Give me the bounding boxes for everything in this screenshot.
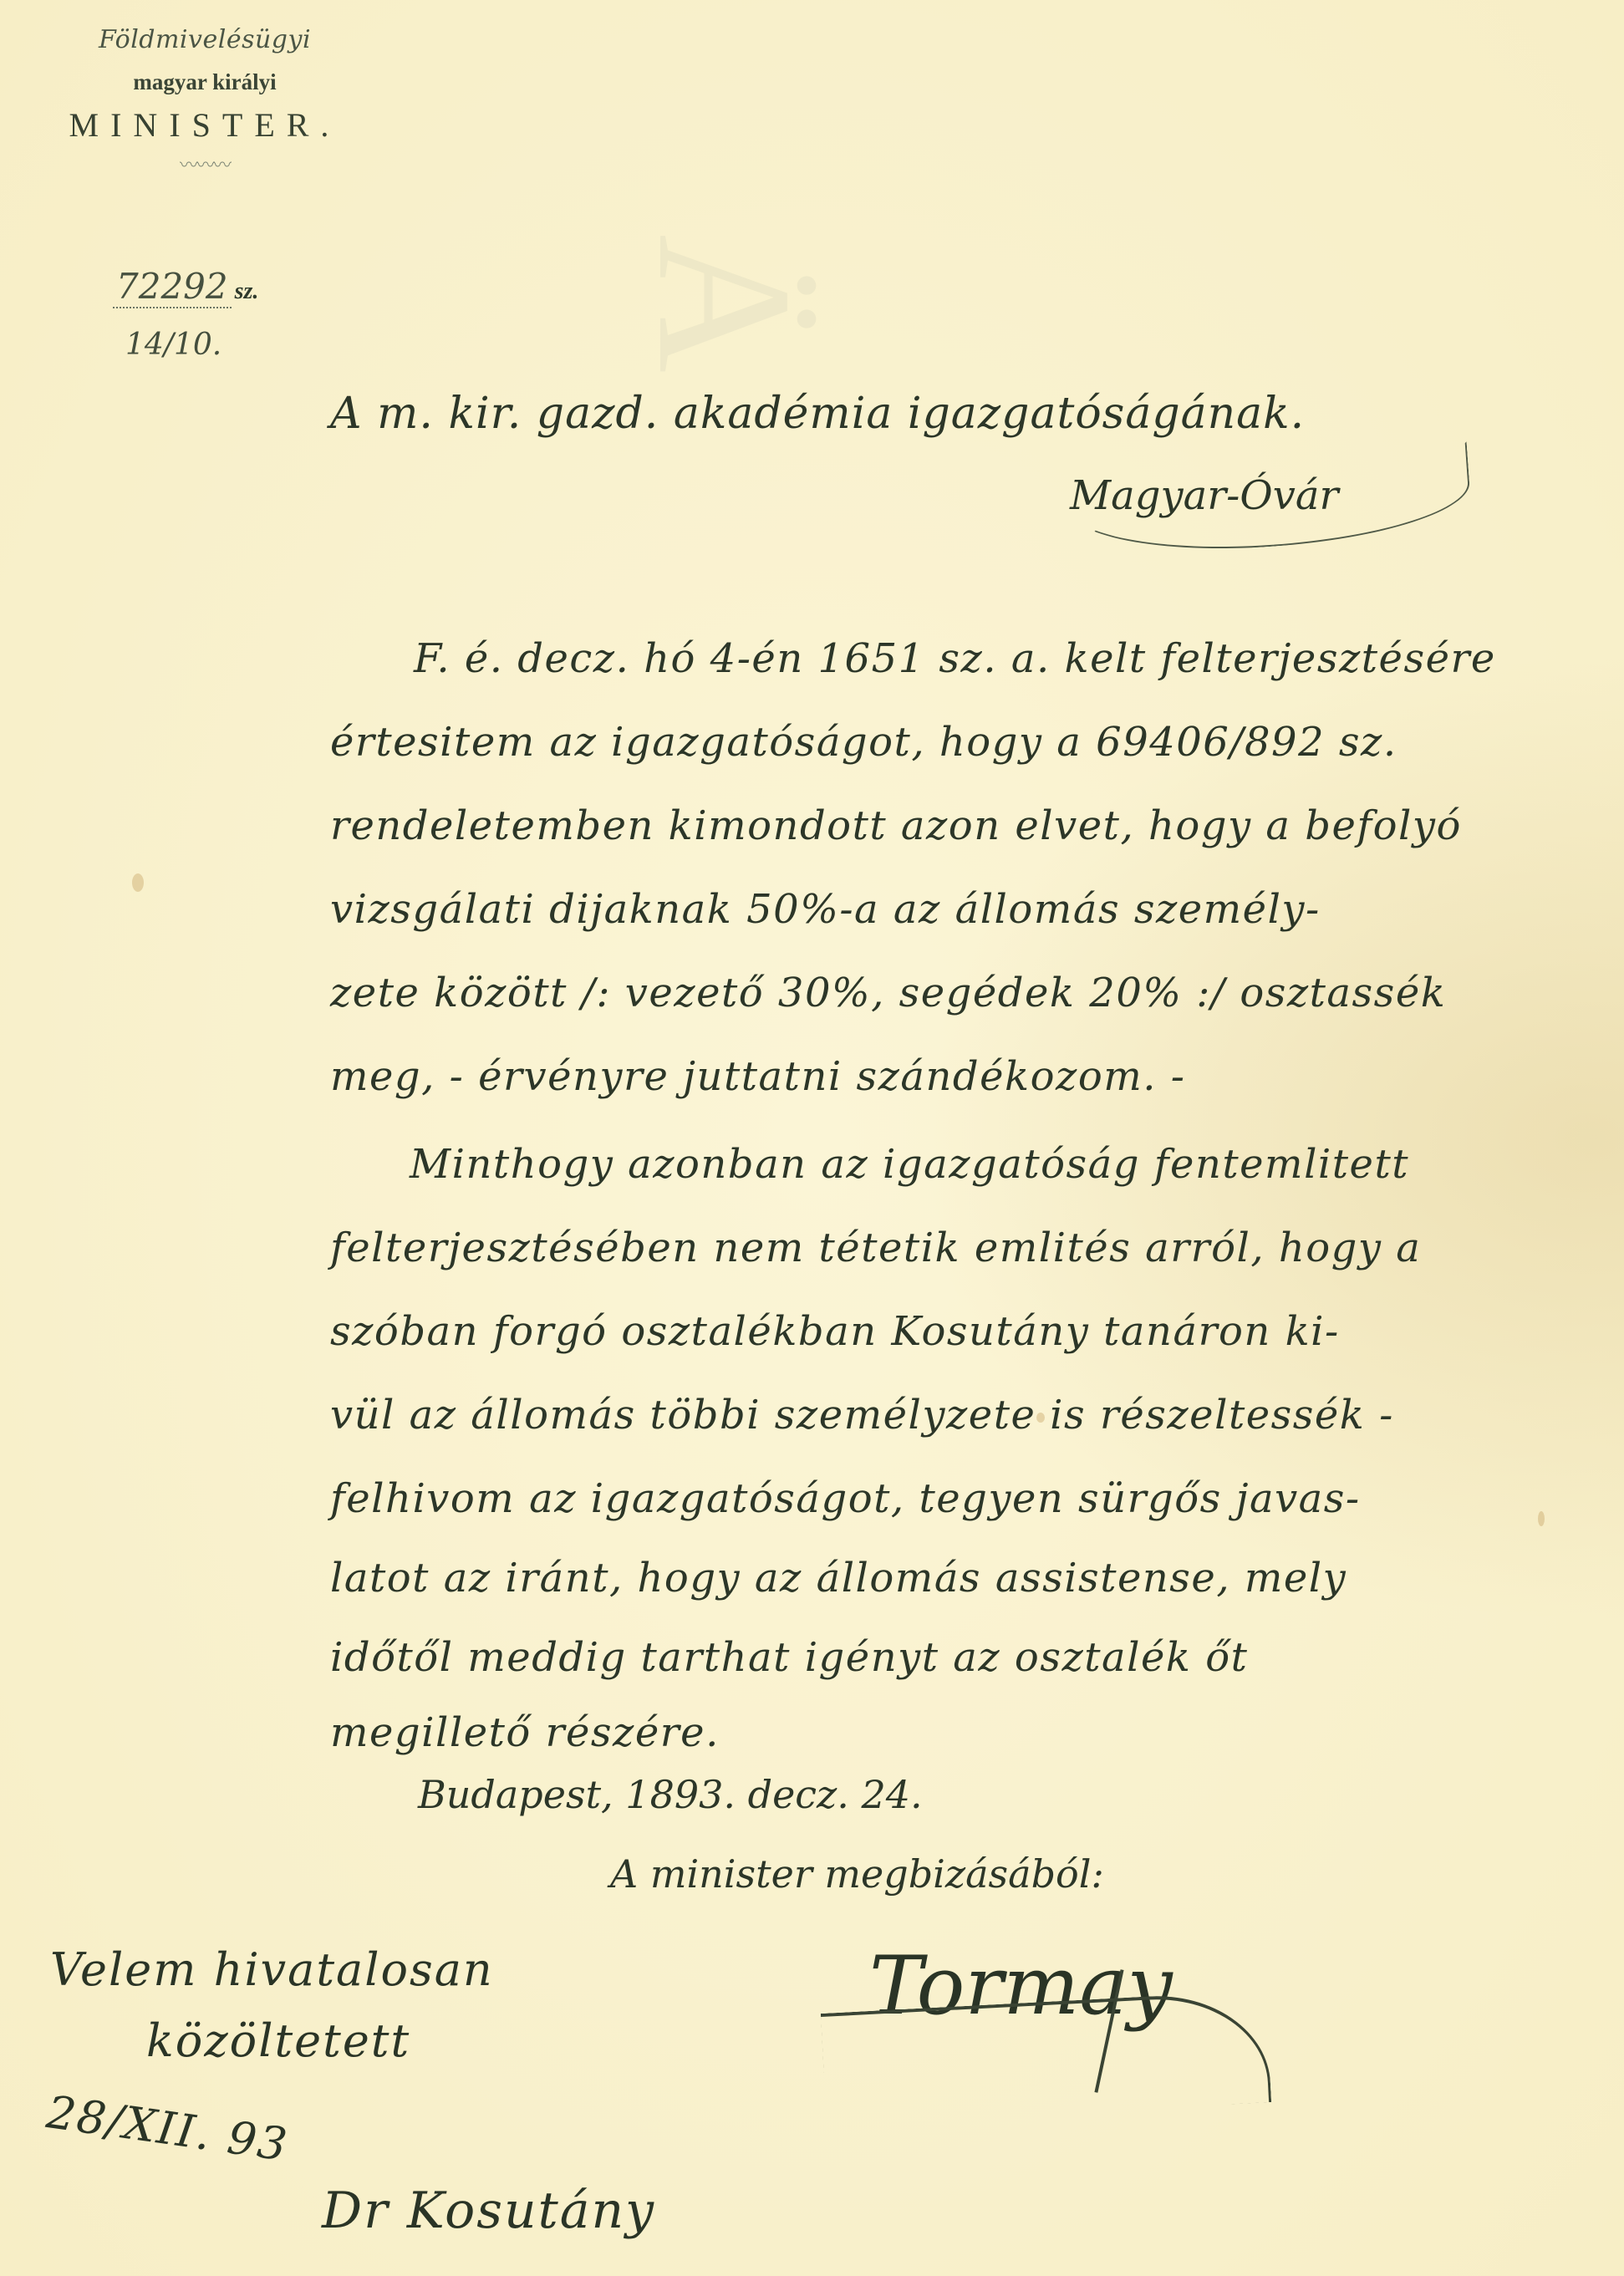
letterhead: Földmivelésügyi magyar királyi MINISTER.… xyxy=(50,25,359,177)
reference-date-note: 14/10. xyxy=(125,328,221,362)
letterhead-title: MINISTER. xyxy=(50,105,359,145)
body-line: Minthogy azonban az igazgatóság fentemli… xyxy=(410,1141,1409,1188)
place-and-date: Budapest, 1893. decz. 24. xyxy=(418,1772,923,1817)
margin-note-line: Velem hivatalosan xyxy=(50,1943,494,1996)
margin-note-line: közöltetett xyxy=(146,2014,410,2067)
body-line: szóban forgó osztalékban Kosutány tanáro… xyxy=(330,1308,1340,1355)
body-line: rendeletemben kimondott azon elvet, hogy… xyxy=(330,802,1462,849)
faint-stamp-watermark: Ä xyxy=(614,234,836,406)
addressee-place: Magyar-Óvár xyxy=(1070,472,1338,519)
paper-stain xyxy=(132,873,144,892)
ministry-script-title: Földmivelésügyi xyxy=(50,25,359,54)
reference-number: 72292sz. xyxy=(113,266,258,307)
body-line: időtől meddig tarthat igényt az osztalék… xyxy=(330,1634,1248,1681)
body-line: zete között /: vezető 30%, segédek 20% :… xyxy=(330,970,1446,1016)
addressee-line: A m. kir. gazd. akadémia igazgatóságának… xyxy=(330,389,1305,439)
ornament-divider-icon: 〰〰〰 xyxy=(50,151,359,177)
letterhead-subtitle: magyar királyi xyxy=(50,69,359,95)
body-line: felhivom az igazgatóságot, tegyen sürgős… xyxy=(330,1475,1361,1522)
body-line: felterjesztésében nem tétetik emlités ar… xyxy=(330,1225,1421,1271)
margin-note-signature: Dr Kosutány xyxy=(322,2182,655,2240)
body-line: latot az iránt, hogy az állomás assisten… xyxy=(330,1555,1347,1601)
signature-flourish xyxy=(821,1990,1271,2126)
paper-stain xyxy=(1538,1511,1545,1526)
body-line: vül az állomás többi személyzete is rész… xyxy=(330,1392,1394,1438)
body-line: meg, - érvényre juttatni szándékozom. - xyxy=(330,1053,1185,1100)
reference-number-value: 72292 xyxy=(113,266,232,308)
body-line: vizsgálati dijaknak 50%-a az állomás sze… xyxy=(330,886,1321,933)
body-line: F. é. decz. hó 4-én 1651 sz. a. kelt fel… xyxy=(414,635,1496,682)
reference-suffix: sz. xyxy=(235,278,259,304)
body-line: megillető részére. xyxy=(330,1709,720,1756)
authority-line: A minister megbizásából: xyxy=(610,1851,1104,1897)
margin-note-date: 28/XII. 93 xyxy=(43,2085,292,2172)
body-line: értesitem az igazgatóságot, hogy a 69406… xyxy=(330,719,1397,766)
